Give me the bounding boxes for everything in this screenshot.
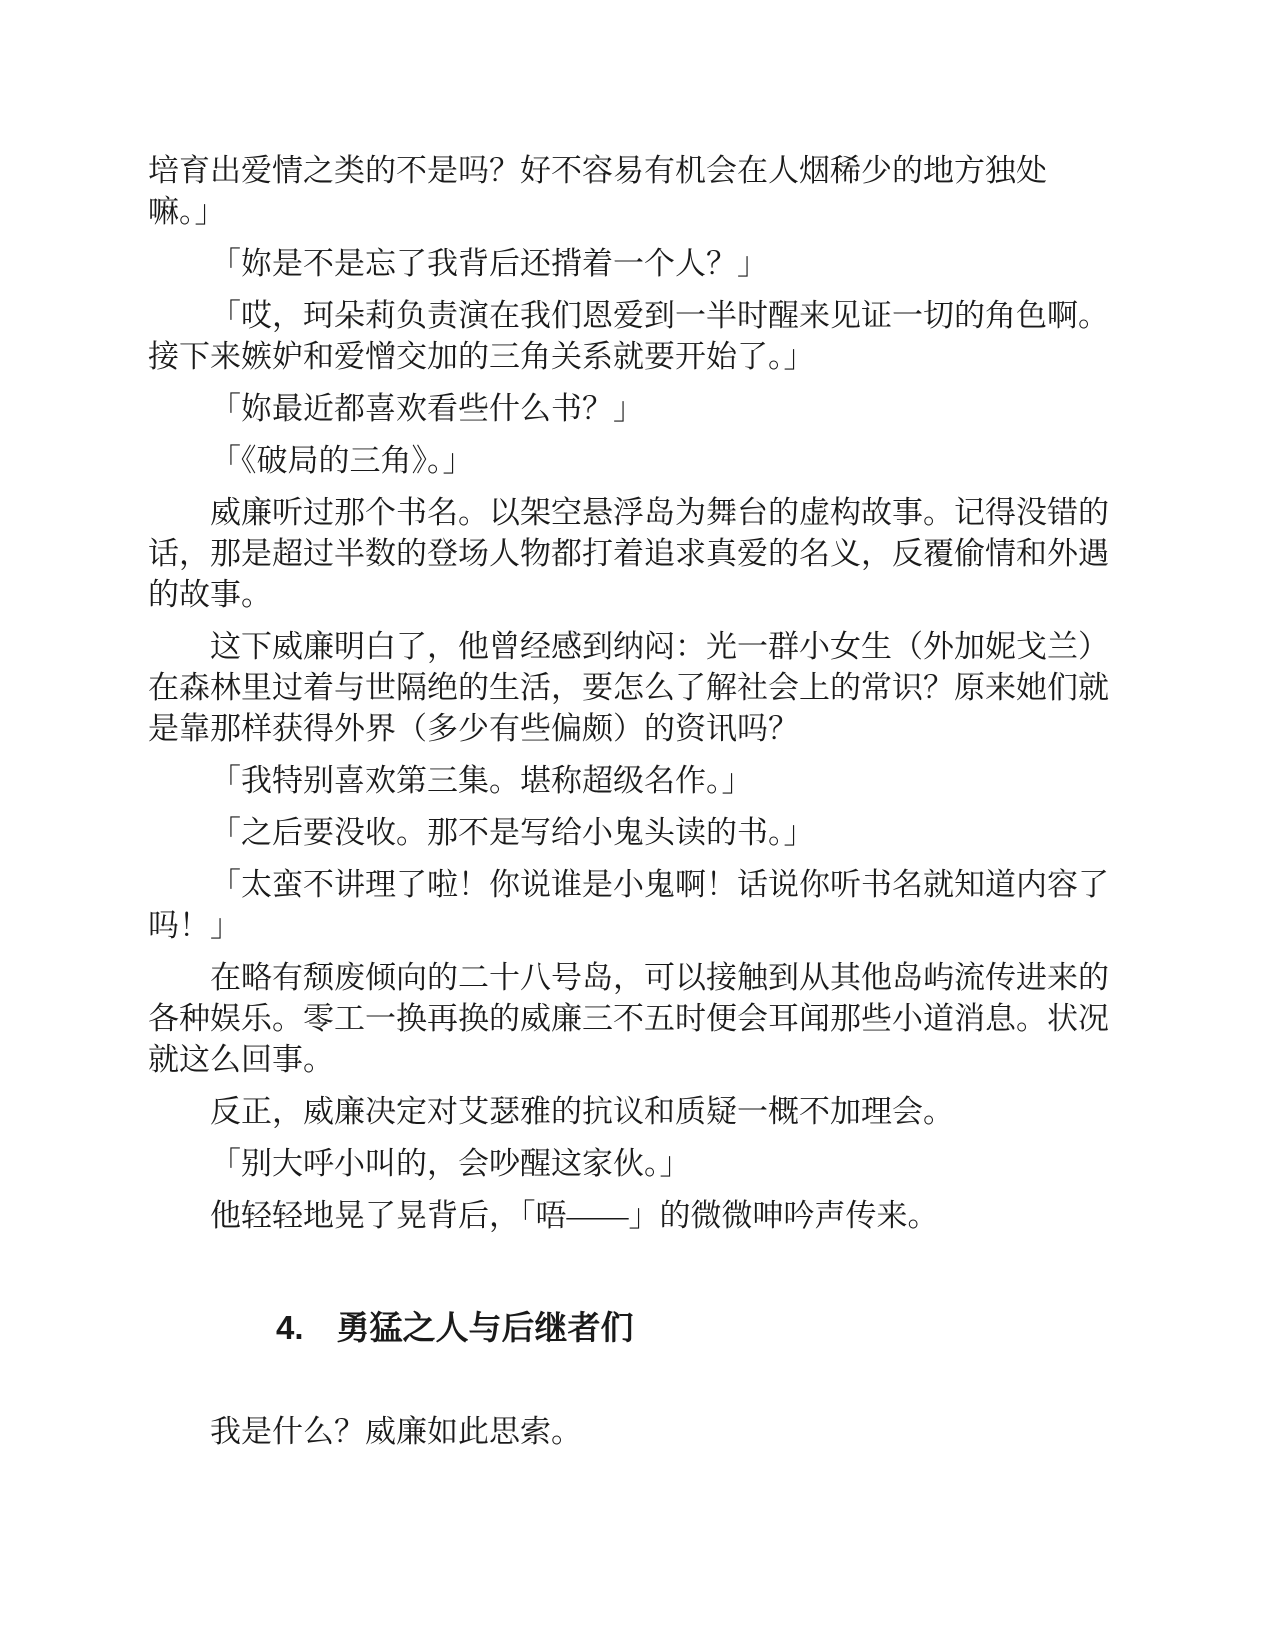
paragraph: 「太蛮不讲理了啦！你说谁是小鬼啊！话说你听书名就知道内容了 吗！」 xyxy=(148,864,1118,946)
paragraph: 「哎，珂朵莉负责演在我们恩爱到一半时醒来见证一切的角色啊。 接下来嫉妒和爱憎交加… xyxy=(148,295,1118,377)
paragraph: 在略有颓废倾向的二十八号岛，可以接触到从其他岛屿流传进来的 各种娱乐。零工一换再… xyxy=(148,957,1118,1080)
paragraph: 这下威廉明白了，他曾经感到纳闷：光一群小女生（外加妮戈兰） 在森林里过着与世隔绝… xyxy=(148,626,1118,749)
paragraph: 「妳是不是忘了我背后还揹着一个人？」 xyxy=(148,243,1118,284)
paragraph: 「别大呼小叫的，会吵醒这家伙。」 xyxy=(148,1143,1118,1184)
paragraph: 「妳最近都喜欢看些什么书？」 xyxy=(148,388,1118,429)
closing-paragraphs: 我是什么？威廉如此思索。 xyxy=(148,1411,1118,1452)
paragraph: 「《破局的三角》。」 xyxy=(148,440,1118,481)
document-page: 培育出爱情之类的不是吗？好不容易有机会在人烟稀少的地方独处 嘛。」「妳是不是忘了… xyxy=(0,0,1275,1650)
paragraph: 我是什么？威廉如此思索。 xyxy=(148,1411,1118,1452)
paragraph: 他轻轻地晃了晃背后，「唔——」的微微呻吟声传来。 xyxy=(148,1195,1118,1236)
paragraph: 「我特别喜欢第三集。堪称超级名作。」 xyxy=(148,760,1118,801)
paragraph: 培育出爱情之类的不是吗？好不容易有机会在人烟稀少的地方独处 嘛。」 xyxy=(148,150,1118,232)
paragraph: 威廉听过那个书名。以架空悬浮岛为舞台的虚构故事。记得没错的 话，那是超过半数的登… xyxy=(148,492,1118,615)
paragraph: 「之后要没收。那不是写给小鬼头读的书。」 xyxy=(148,812,1118,853)
section-heading: 4. 勇猛之人与后继者们 xyxy=(276,1306,1118,1350)
text-block: 培育出爱情之类的不是吗？好不容易有机会在人烟稀少的地方独处 嘛。」「妳是不是忘了… xyxy=(148,150,1118,1452)
paragraph: 反正，威廉决定对艾瑟雅的抗议和质疑一概不加理会。 xyxy=(148,1091,1118,1132)
body-paragraphs: 培育出爱情之类的不是吗？好不容易有机会在人烟稀少的地方独处 嘛。」「妳是不是忘了… xyxy=(148,150,1118,1236)
